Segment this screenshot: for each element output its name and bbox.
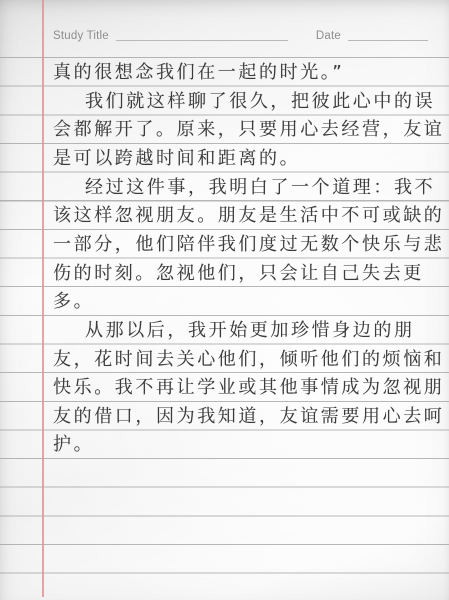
- handwritten-line: 会都解开了。原来，只要用心去经营，友谊: [53, 115, 439, 144]
- page-header: Study Title Date: [53, 26, 428, 43]
- handwritten-line: 真的很想念我们在一起的时光。”: [53, 58, 439, 87]
- date-blank-field: [348, 39, 428, 41]
- study-title-label: Study Title: [53, 29, 109, 43]
- handwritten-line: 多。: [53, 287, 439, 316]
- notebook-page: Study Title Date 真的很想念我们在一起的时光。” 我们就这样聊了…: [0, 0, 449, 600]
- study-title-blank-field: [116, 39, 288, 41]
- handwritten-line: 我们就这样聊了很久，把彼此心中的误: [53, 86, 439, 115]
- handwritten-line: 从那以后，我开始更加珍惜身边的朋: [53, 315, 439, 344]
- handwritten-line: 护。: [53, 430, 439, 459]
- red-margin-line: [42, 0, 44, 597]
- handwritten-line: 友的借口，因为我知道，友谊需要用心去呵: [53, 401, 439, 430]
- handwritten-line: 是可以跨越时间和距离的。: [53, 143, 439, 172]
- handwritten-line: 快乐。我不再让学业或其他事情成为忽视朋: [53, 373, 439, 402]
- handwritten-line: 伤的时刻。忽视他们，只会让自己失去更: [53, 258, 439, 287]
- handwritten-line: 友，花时间去关心他们，倾听他们的烦恼和: [53, 344, 439, 373]
- handwritten-text: 真的很想念我们在一起的时光。” 我们就这样聊了很久，把彼此心中的误 会都解开了。…: [53, 58, 439, 459]
- date-label: Date: [316, 29, 341, 43]
- handwritten-line: 该这样忽视朋友。朋友是生活中不可或缺的: [53, 201, 439, 230]
- handwritten-line: 经过这件事，我明白了一个道理：我不: [53, 172, 439, 201]
- handwritten-line: 一部分，他们陪伴我们度过无数个快乐与悲: [53, 229, 439, 258]
